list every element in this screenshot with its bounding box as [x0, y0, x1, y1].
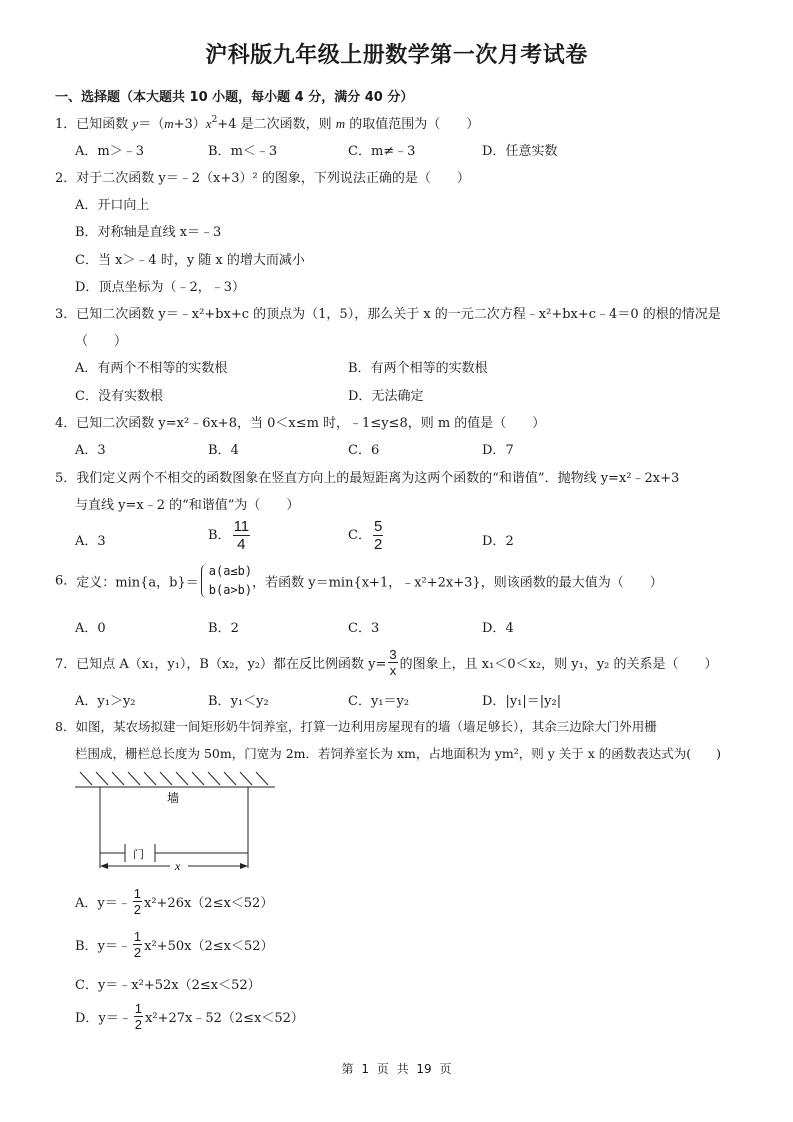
- option-1a: A．m＞﹣3: [75, 140, 144, 159]
- option-3a: A．有两个不相等的实数根: [75, 357, 227, 376]
- question-1: 1．已知函数 y＝（m+3）x2+4 是二次函数，则 m 的取值范围为（ ）: [55, 113, 479, 132]
- length-label: x: [174, 859, 181, 873]
- option-7d: D．|y₁|＝|y₂|: [482, 690, 561, 709]
- option-1b: B．m＜﹣3: [208, 140, 277, 159]
- option-7b: B．y₁＜y₂: [208, 690, 269, 709]
- option-1c: C．m≠﹣3: [348, 140, 415, 159]
- page-footer: 第 1 页 共 19 页: [0, 1060, 793, 1077]
- farm-diagram: 墙 门 x: [70, 768, 280, 873]
- stem-text: 的取值范围为（ ）: [345, 117, 479, 132]
- fraction: 52: [373, 519, 383, 552]
- option-5d: D．2: [482, 530, 514, 549]
- option-4c: C．6: [348, 439, 379, 458]
- var: m: [164, 116, 173, 131]
- option-7a: A．y₁＞y₂: [75, 690, 136, 709]
- option-5b: B．114: [208, 519, 252, 552]
- option-3d: D．无法确定: [348, 385, 423, 404]
- question-5: 5．我们定义两个不相交的函数图象在竖直方向上的最短距离为这两个函数的“和谐值”．…: [55, 467, 679, 486]
- question-8: 8．如图，某农场拟建一间矩形奶牛饲养室，打算一边利用房屋现有的墙（墙足够长），其…: [55, 717, 657, 735]
- option-2a: A．开口向上: [75, 194, 149, 213]
- piecewise-brace: a(a≤b)b(a>b): [199, 562, 252, 600]
- option-5c: C．52: [348, 519, 385, 552]
- option-3b: B．有两个相等的实数根: [348, 357, 488, 376]
- page-title: 沪科版九年级上册数学第一次月考试卷: [0, 38, 793, 69]
- option-8d: D．y＝﹣12x²+27x﹣52（2≤x＜52）: [75, 1002, 304, 1031]
- question-8-cont: 栏围成，栅栏总长度为 50m，门宽为 2m．若饲养室长为 xm，占地面积为 ym…: [75, 744, 721, 762]
- fraction: 114: [233, 519, 251, 552]
- stem-text: 已知函数: [76, 117, 132, 132]
- fraction: 3x: [388, 648, 397, 677]
- option-8a: A．y＝﹣12x²+26x（2≤x＜52）: [75, 887, 273, 916]
- var: m: [336, 116, 345, 131]
- option-4b: B．4: [208, 439, 239, 458]
- question-5-cont: 与直线 y=x﹣2 的“和谐值”为（ ）: [75, 494, 299, 513]
- door-label: 门: [133, 847, 144, 861]
- option-3c: C．没有实数根: [75, 385, 163, 404]
- option-6d: D．4: [482, 617, 514, 636]
- option-6c: C．3: [348, 617, 379, 636]
- question-4: 4．已知二次函数 y=x²﹣6x+8，当 0＜x≤m 时，﹣1≤y≤8，则 m …: [55, 412, 545, 431]
- wall-label: 墙: [167, 790, 179, 805]
- option-4a: A．3: [75, 439, 106, 458]
- question-6: 6．定义：min{a，b}＝a(a≤b)b(a>b)，若函数 y＝min{x+1…: [55, 562, 663, 600]
- stem-text: ＝（: [138, 117, 164, 132]
- question-2: 2．对于二次函数 y＝﹣2（x+3）² 的图象，下列说法正确的是（ ）: [55, 167, 470, 186]
- option-2d: D．顶点坐标为（﹣2，﹣3）: [75, 276, 245, 295]
- question-number: 1．: [55, 117, 76, 132]
- question-3: 3．已知二次函数 y＝﹣x²+bx+c 的顶点为（1，5），那么关于 x 的一元…: [55, 303, 721, 322]
- section-heading: 一、选择题（本大题共 10 小题，每小题 4 分，满分 40 分）: [55, 86, 413, 105]
- option-6a: A．0: [75, 617, 106, 636]
- option-5a: A．3: [75, 530, 106, 549]
- option-4d: D．7: [482, 439, 514, 458]
- option-1d: D．任意实数: [482, 140, 557, 159]
- option-8b: B．y＝﹣12x²+50x（2≤x＜52）: [75, 930, 274, 959]
- option-6b: B．2: [208, 617, 239, 636]
- option-2b: B．对称轴是直线 x＝﹣3: [75, 221, 221, 240]
- stem-text: +3）: [174, 117, 206, 132]
- stem-text: +4 是二次函数，则: [217, 117, 335, 132]
- question-7: 7．已知点 A（x₁，y₁），B（x₂，y₂）都在反比例函数 y=3x的图象上，…: [55, 648, 718, 677]
- option-2c: C．当 x＞﹣4 时，y 随 x 的增大而减小: [75, 249, 305, 268]
- option-7c: C．y₁＝y₂: [348, 690, 409, 709]
- question-3-cont: （ ）: [75, 330, 127, 349]
- option-8c: C．y＝﹣x²+52x（2≤x＜52）: [75, 974, 261, 993]
